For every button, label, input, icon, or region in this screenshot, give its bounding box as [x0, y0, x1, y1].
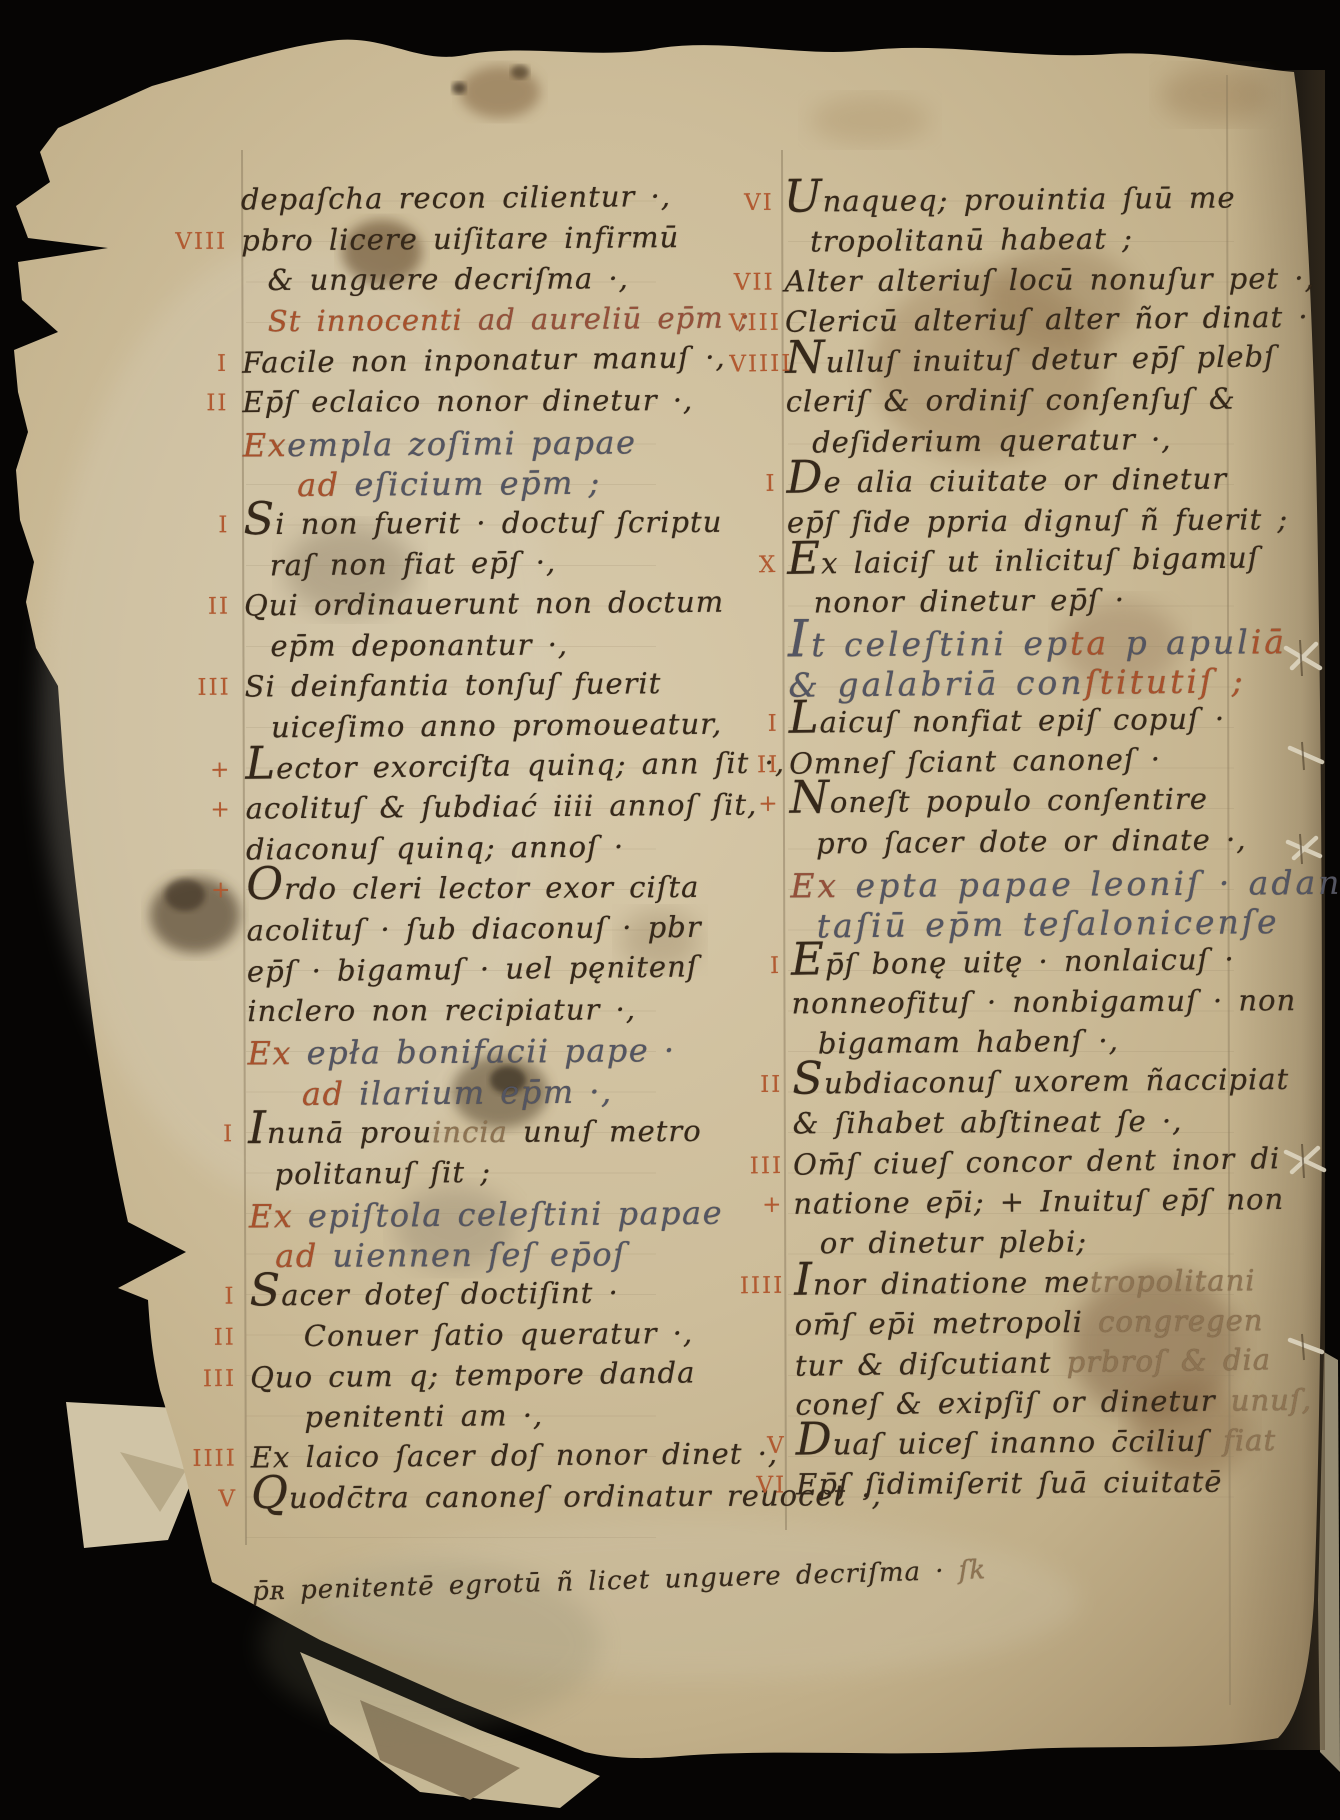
text-segment: depaſcha recon cilientur ·, [241, 179, 671, 216]
text-segment: p̄ʀ penitentē egrotū ñ licet unguere dec… [252, 1556, 945, 1607]
text-segment: inclero non recipiatur ·, [247, 992, 636, 1028]
text-segment: Inor dinatione me [794, 1264, 1090, 1301]
chapter-numeral: I [162, 351, 228, 378]
text-segment: uiceſimo anno promoueatur, [271, 706, 722, 744]
chapter-numeral: VIII [161, 228, 227, 255]
text-segment: Duaſ uiceſ inanno c̄ciliuſ [796, 1423, 1224, 1461]
manuscript-line: or dinetur plebi; [794, 1223, 1340, 1267]
manuscript-line: raſ non fiat ep̄ſ ·, [244, 542, 875, 590]
text-segment: ep̄ſ ſide ppria dignuſ ñ fuerit ; [787, 502, 1289, 539]
text-segment: Sacer doteſ doctiſint · [249, 1276, 619, 1313]
text-segment: Qui ordinauerunt non doctum [244, 585, 724, 623]
text-segment: politanuſ ſit ; [274, 1155, 491, 1192]
manuscript-line: VDuaſ uiceſ inanno c̄ciliuſ fiat [796, 1422, 1340, 1468]
initial-letter: I [788, 610, 812, 669]
initial-letter: D [795, 1412, 833, 1465]
manuscript-line: IIEp̄ſ eclaico nonor dinetur ·, [242, 382, 873, 426]
manuscript-line: Ex epiſtola celeſtini papae [249, 1192, 880, 1238]
manuscript-line: pro ſacer dote or dinate ·, [790, 821, 1340, 867]
manuscript-line: tur & diſcutiant prbroſ & dia [795, 1341, 1340, 1389]
initial-letter: N [789, 771, 830, 824]
text-segment: taſiū ep̄m teſalonicenſe [817, 902, 1280, 945]
text-segment: ad [275, 1237, 332, 1275]
chapter-numeral: I [163, 512, 229, 538]
manuscript-line: IISubdiaconuſ uxorem ñaccipiat [792, 1061, 1340, 1107]
manuscript-line: IIIOm̄ſ ciueſ concor dent inor di [793, 1140, 1340, 1188]
chapter-numeral: VII [729, 270, 775, 296]
chapter-numeral: II [733, 752, 779, 779]
text-segment: & galabriā con [788, 663, 1084, 705]
text-segment: epiſtola celeſtini papae [308, 1194, 723, 1235]
text-segment: iā [1251, 622, 1287, 661]
text-segment: empla zoſimi papae [287, 423, 637, 464]
manuscript-line: om̄ſ ep̄i metropoli congregen [794, 1302, 1340, 1348]
text-segment: Si non fuerit · doctuſ ſcriptu [243, 505, 722, 541]
manuscript-line: bigamam habenſ ·, [792, 1021, 1340, 1067]
text-segment: penitenti am ·, [304, 1398, 543, 1434]
manuscript-line: uiceſimo anno promoueatur, [245, 705, 876, 751]
chapter-numeral: I [168, 1121, 234, 1147]
text-segment: Ordo cleri lector exor ciſta [246, 870, 699, 906]
manuscript-line: +Noneſt populo conſentire [789, 781, 1340, 827]
text-segment: Ex laico ſacer doſ nonor dinet ·, [251, 1437, 779, 1475]
text-segment: Nulluſ inuituſ detur ep̄ſ plebſ [785, 340, 1276, 381]
text-segment: ad [302, 1075, 360, 1113]
text-segment: nonor dinetur ep̄ſ · [814, 582, 1126, 619]
text-segment: Conuer ſatio queratur ·, [304, 1316, 694, 1353]
manuscript-line: ISi non fuerit · doctuſ ſcriptu [243, 504, 874, 548]
text-segment: Ex [790, 866, 855, 905]
text-column-right: VIUnaqueq; prouintia ſuū metropolitanū h… [784, 179, 1340, 1507]
initial-letter: L [789, 691, 820, 744]
text-segment: raſ non fiat ep̄ſ ·, [270, 545, 557, 582]
chapter-numeral: IIII [738, 1272, 784, 1298]
text-segment: Noneſt populo conſentire [789, 782, 1208, 820]
text-segment: Laicuſ nonfiat epiſ copuſ · [789, 702, 1226, 740]
manuscript-line: IIQui ordinauerunt non doctum [244, 583, 875, 629]
manuscript-line: VQuodc̄tra canoneſ ordinatur reuocet ·, [251, 1478, 882, 1522]
manuscript-line: IIIIEx laico ſacer doſ nonor dinet ·, [251, 1436, 882, 1482]
text-segment: Ep̄ſ eclaico nonor dinetur ·, [242, 383, 693, 419]
initial-letter: I [248, 1101, 267, 1154]
text-segment: ad [297, 466, 355, 504]
text-segment: Ex laiciſ ut inlicituſ bigamuſ [787, 540, 1260, 580]
text-segment: incia [432, 1114, 523, 1148]
manuscript-line: coneſ & exipſiſ or dinetur unuſ, [795, 1382, 1340, 1428]
manuscript-line: VIUnaqueq; prouintia ſuū me [784, 179, 1340, 225]
manuscript-line: VIIIClericū alteriuſ alter ñor dinat · [785, 300, 1340, 346]
text-segment: or dinetur plebi; [820, 1225, 1087, 1261]
text-segment: ſk [944, 1555, 987, 1586]
text-segment: Alter alteriuſ locū nonuſur pet ·, [784, 261, 1314, 298]
manuscript-line: Ex epła bonifacii pape · [247, 1030, 878, 1076]
text-segment: It celeſtini ep [788, 624, 1070, 665]
text-segment: Subdiaconuſ uxorem ñaccipiat [792, 1062, 1289, 1101]
text-segment: cleriſ & ordiniſ conſenſuſ & [786, 382, 1236, 419]
text-segment: St innocenti [268, 302, 478, 338]
manuscript-line: inclero non recipiatur ·, [247, 991, 878, 1035]
text-segment: ta [1070, 623, 1126, 662]
text-segment: Ex [249, 1197, 308, 1235]
chapter-numeral: V [171, 1486, 237, 1512]
manuscript-line: IDe alia ciuitate or dinetur [786, 460, 1340, 506]
text-segment: natione ep̄i; + Inuituſ ep̄ſ non [793, 1182, 1284, 1221]
manuscript-line: ad ilarium ep̄m ·, [248, 1071, 879, 1117]
text-segment: congregen [1098, 1303, 1264, 1339]
initial-letter: U [784, 169, 823, 222]
manuscript-line: VIIAlter alteriuſ locū nonuſur pet ·, [784, 261, 1340, 305]
initial-letter: I [794, 1252, 813, 1305]
text-segment: pbro licere uiſitare infirmū [241, 220, 679, 257]
chapter-numeral: VI [740, 1472, 786, 1498]
manuscript-line: ep̄m deponantur ·, [244, 626, 875, 670]
text-segment: acolituſ · ſub diaconuſ · pbr [246, 910, 701, 948]
manuscript-line: taſiū ep̄m teſalonicenſe [791, 901, 1340, 947]
text-segment: Inunā prou [248, 1115, 432, 1150]
manuscript-line: +Ordo cleri lector exor ciſta [246, 869, 877, 913]
text-segment: Ep̄ſ bonę uitę · nonlaicuſ · [791, 942, 1235, 982]
chapter-numeral: + [166, 877, 232, 903]
initial-letter: L [245, 737, 276, 790]
manuscript-line: VIIIINulluſ inuituſ detur ep̄ſ plebſ [785, 339, 1340, 387]
manuscript-line: & ſihabet abſtineat ſe ·, [793, 1103, 1340, 1147]
text-segment: diaconuſ quinq; annoſ · [246, 829, 624, 866]
chapter-numeral: X [731, 552, 777, 579]
text-segment: acolituſ & ſubdiać iiii annoſ ſit, [246, 787, 758, 825]
manuscript-line: IIConuer ſatio queratur ·, [250, 1314, 881, 1360]
text-layer: p̄ʀ penitentē egrotū ñ licet unguere dec… [0, 0, 1340, 1820]
manuscript-line: Exempla zoſimi papae [243, 421, 874, 467]
text-segment: Clericū alteriuſ alter ñor dinat · [785, 300, 1309, 339]
text-segment: tur & diſcutiant [795, 1345, 1067, 1383]
chapter-numeral: I [730, 470, 776, 496]
manuscript-line: IEp̄ſ bonę uitę · nonlaicuſ · [791, 940, 1340, 988]
manuscript-line: ep̄ſ · bigamuſ · uel pęnitenſ [247, 948, 878, 996]
text-segment: epła bonifacii pape · [307, 1032, 676, 1073]
text-segment: eſicium ep̄m ; [354, 464, 601, 504]
manuscript-line: nonor dinetur ep̄ſ · [788, 580, 1340, 626]
chapter-numeral: + [733, 791, 779, 817]
manuscript-line: cleriſ & ordiniſ conſenſuſ & [786, 381, 1340, 425]
manuscript-line: It celeſtini epta p apuliā [788, 622, 1340, 666]
text-segment: unuſ, [1231, 1383, 1312, 1418]
manuscript-line: +acolituſ & ſubdiać iiii annoſ ſit, [246, 786, 877, 832]
manuscript-line: ILaicuſ nonfiat epiſ copuſ · [789, 701, 1340, 747]
chapter-numeral: I [169, 1284, 235, 1311]
manuscript-line: ad eſicium ep̄m ; [243, 462, 874, 508]
manuscript-line: & galabriā conſtitutiſ ; [788, 660, 1340, 706]
text-segment: tropolitani [1090, 1263, 1256, 1299]
chapter-numeral: II [170, 1324, 236, 1351]
text-segment: epta papae leoniſ · adan· [855, 862, 1340, 904]
text-segment: Quo cum q; tempore danda [250, 1356, 696, 1395]
initial-letter: D [786, 450, 824, 503]
text-segment: prbroſ & dia [1066, 1342, 1271, 1379]
manuscript-line: +natione ep̄i; + Inuituſ ep̄ſ non [793, 1182, 1340, 1228]
text-segment: Unaqueq; prouintia ſuū me [784, 180, 1236, 218]
manuscript-line: VIIIpbro licere uiſitare infirmū [241, 218, 872, 264]
text-segment: unuſ metro [523, 1114, 702, 1149]
text-segment: Ep̄ſ ſidimiſerit ſuā ciuitatē [796, 1465, 1223, 1502]
chapter-numeral: I [733, 711, 779, 737]
text-segment: Ex [243, 426, 288, 464]
text-segment: nonneofituſ · nonbigamuſ · non [791, 983, 1296, 1020]
text-segment: coneſ & exipſiſ or dinetur [795, 1383, 1231, 1421]
text-segment: p apul [1125, 622, 1250, 662]
text-segment: De alia ciuitate or dinetur [786, 461, 1227, 499]
chapter-numeral: II [162, 390, 228, 416]
manuscript-photo: p̄ʀ penitentē egrotū ñ licet unguere dec… [0, 0, 1340, 1820]
chapter-numeral: I [735, 953, 781, 980]
chapter-numeral: III [170, 1366, 236, 1393]
chapter-numeral: VI [728, 190, 774, 216]
manuscript-line: depaſcha recon cilientur ·, [241, 178, 872, 224]
manuscript-line: IIOmneſ ſciant canoneſ · [789, 740, 1340, 788]
manuscript-line: ep̄ſ ſide ppria dignuſ ñ fuerit ; [787, 502, 1340, 546]
text-segment: Si deinfantia tonſuſ fuerit [245, 666, 662, 703]
initial-letter: E [791, 932, 826, 985]
chapter-numeral: II [164, 594, 230, 621]
manuscript-line: IIISi deinfantia tonſuſ fuerit [245, 665, 876, 711]
text-segment: deſiderium queratur ·, [812, 422, 1172, 459]
manuscript-line: IIIIInor dinatione metropolitani [794, 1262, 1340, 1308]
text-segment: Om̄ſ ciueſ concor dent inor di [793, 1141, 1281, 1182]
text-segment: ep̄m deponantur ·, [270, 627, 568, 662]
manuscript-line: XEx laiciſ ut inlicituſ bigamuſ [787, 539, 1340, 587]
text-segment: & ſihabet abſtineat ſe ·, [793, 1104, 1183, 1141]
manuscript-line: IInunā prouincia unuſ metro [248, 1113, 879, 1157]
manuscript-line: nonneofituſ · nonbigamuſ · non [791, 983, 1340, 1027]
manuscript-line: tropolitanū habeat ; [784, 219, 1340, 265]
text-segment: uiennen ſeſ ep̄oſ [332, 1236, 626, 1275]
manuscript-line: ISacer doteſ doctiſint · [249, 1274, 880, 1320]
text-segment: tropolitanū habeat ; [810, 221, 1133, 258]
initial-letter: S [249, 1263, 281, 1316]
text-segment: bigamam habenſ ·, [818, 1024, 1119, 1061]
initial-letter: S [792, 1051, 824, 1104]
manuscript-line: penitenti am ·, [250, 1395, 881, 1441]
text-segment: & unguere decriſma ·, [267, 261, 628, 297]
manuscript-line: +Lector exorciſta quinq; ann ſit ·, [245, 745, 876, 793]
manuscript-line: diaconuſ quinq; annoſ · [246, 827, 877, 873]
manuscript-line: VIEp̄ſ ſidimiſerit ſuā ciuitatē [796, 1464, 1340, 1508]
chapter-numeral: III [165, 675, 231, 702]
manuscript-line: ad uiennen ſeſ ep̄oſ [249, 1235, 880, 1279]
chapter-numeral: + [166, 796, 232, 823]
manuscript-line: Ex epta papae leoniſ · adan· [790, 862, 1340, 906]
text-segment: Omneſ ſciant canoneſ · [789, 742, 1161, 781]
manuscript-line: IIIQuo cum q; tempore danda [250, 1354, 881, 1402]
manuscript-line: acolituſ · ſub diaconuſ · pbr [246, 908, 877, 954]
text-segment: Ex [247, 1034, 306, 1072]
manuscript-line: politanuſ ſit ; [248, 1151, 879, 1199]
initial-letter: S [243, 492, 275, 545]
text-segment: om̄ſ ep̄i metropoli [794, 1304, 1098, 1341]
footer-note-line: p̄ʀ penitentē egrotū ñ licet unguere dec… [252, 1555, 987, 1607]
chapter-numeral: + [737, 1192, 783, 1218]
manuscript-line: deſiderium queratur ·, [786, 420, 1340, 466]
text-segment: ſtitutiſ ; [1084, 661, 1246, 702]
initial-letter: E [787, 531, 822, 584]
chapter-numeral: II [736, 1072, 782, 1098]
chapter-numeral: IIII [171, 1446, 237, 1473]
text-segment: ilarium ep̄m ·, [359, 1073, 613, 1113]
chapter-numeral: VIII [729, 310, 775, 336]
text-segment: ad aureliū ep̄m ; [478, 300, 750, 336]
text-segment: pro ſacer dote or dinate ·, [816, 822, 1247, 860]
text-segment: Lector exorciſta quinq; ann ſit ·, [245, 746, 785, 786]
text-segment: ep̄ſ · bigamuſ · uel pęnitenſ [247, 950, 699, 989]
text-segment: Facile non inponatur manuſ ·, [242, 340, 726, 380]
chapter-numeral: + [165, 757, 231, 784]
initial-letter: O [246, 857, 284, 910]
initial-letter: Q [251, 1466, 289, 1519]
text-segment: fiat [1223, 1423, 1276, 1458]
chapter-numeral: VIIII [729, 351, 775, 378]
chapter-numeral: V [740, 1433, 786, 1459]
text-segment: Quodc̄tra canoneſ ordinatur reuocet ·, [251, 1478, 882, 1515]
manuscript-line: & unguere decriſma ·, [241, 260, 872, 304]
chapter-numeral: III [737, 1153, 783, 1180]
